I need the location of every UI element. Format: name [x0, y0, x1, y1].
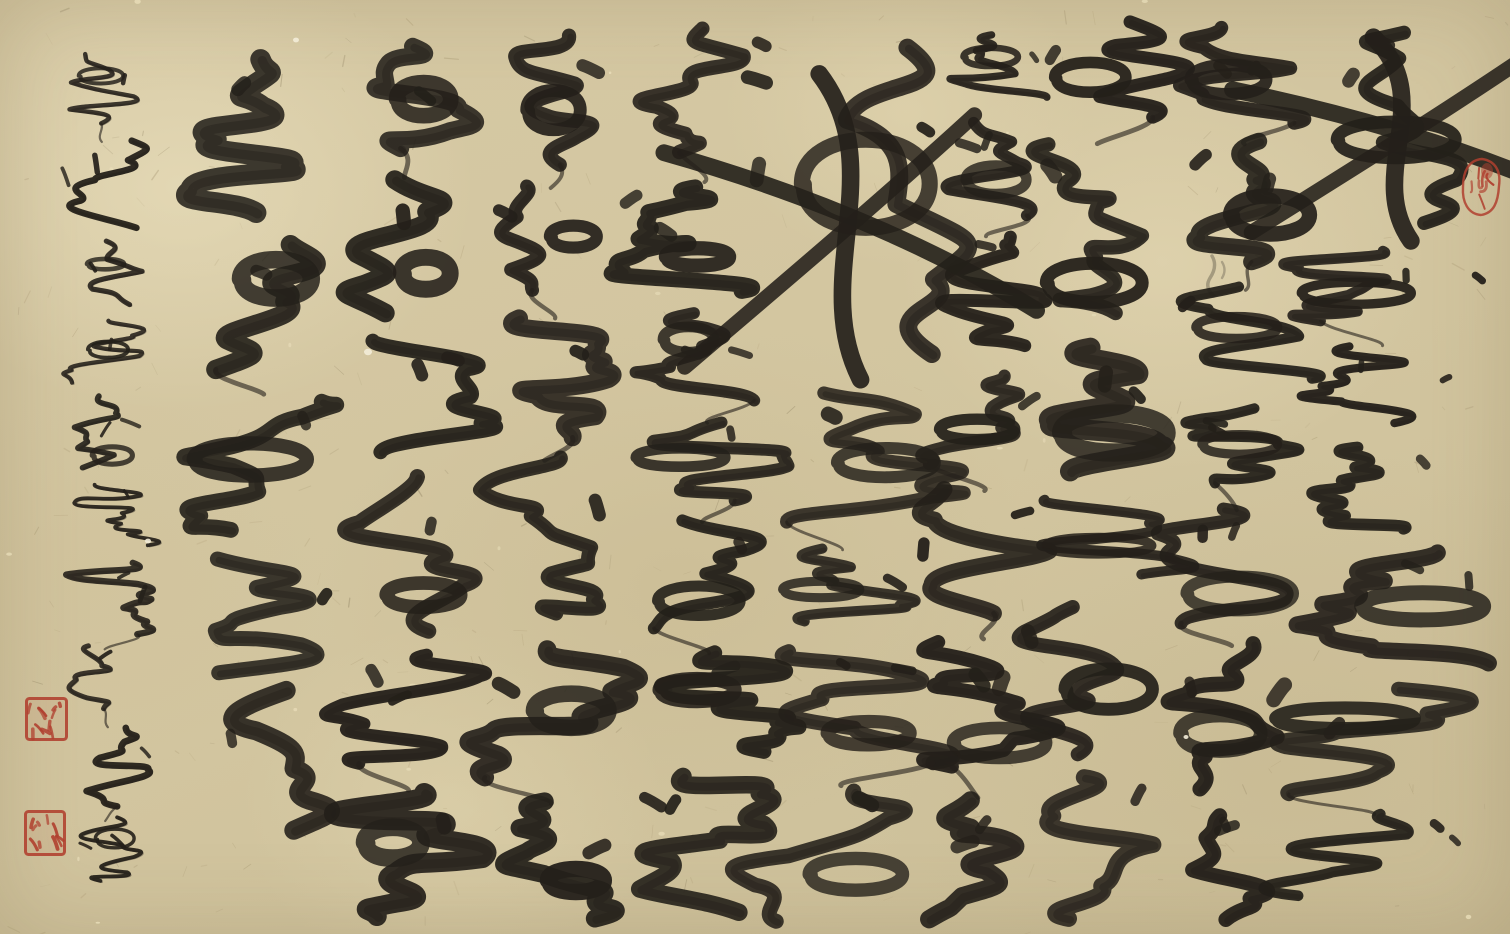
colophon-column — [62, 54, 161, 882]
calligraphy-column-3 — [1015, 22, 1196, 920]
calligraphy-column-1 — [1233, 33, 1510, 897]
calligraphy-column-8 — [325, 47, 497, 918]
artwork-canvas: Wild-cursive Chinese calligraphy of Du F… — [0, 0, 1510, 934]
calligraphy-column-9 — [184, 59, 338, 831]
calligraphy-column-7 — [469, 36, 641, 920]
artist-seal-upper — [25, 697, 68, 741]
calligraphy-columns — [62, 22, 1510, 923]
artist-seal-lower — [24, 810, 66, 856]
calligraphy-artwork — [0, 0, 1510, 934]
